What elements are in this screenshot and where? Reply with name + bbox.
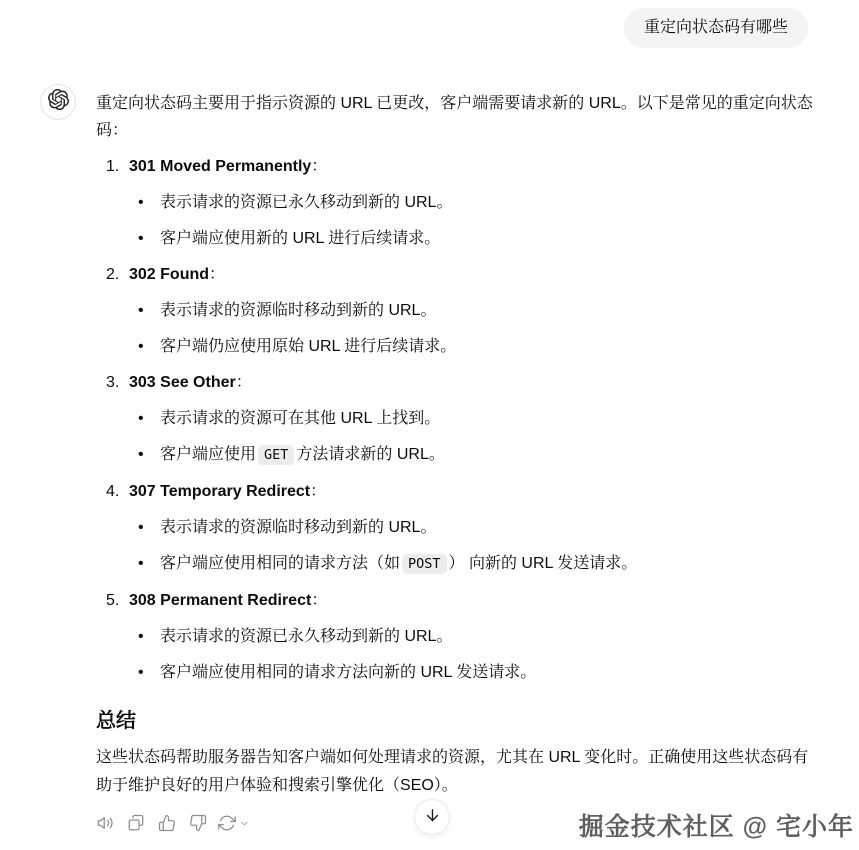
item-title: 307 Temporary Redirect <box>129 483 310 500</box>
assistant-avatar <box>40 84 76 120</box>
bullet-item: 表示请求的资源可在其他 URL 上找到。 <box>96 405 820 432</box>
item-number: 2. <box>106 261 129 288</box>
item-title: 301 Moved Permanently <box>129 158 311 175</box>
summary-heading: 总结 <box>96 707 820 735</box>
thumbs-up-icon <box>158 814 176 835</box>
bullet-item: 客户端应使用GET方法请求新的 URL。 <box>96 441 820 469</box>
read-aloud-icon <box>96 814 114 835</box>
item-title: 302 Found <box>129 266 209 283</box>
item-colon: ： <box>236 374 252 391</box>
bullet-item: 表示请求的资源已永久移动到新的 URL。 <box>96 623 820 650</box>
inline-code-post: POST <box>402 554 447 574</box>
copy-button[interactable] <box>123 811 149 837</box>
item-title: 308 Permanent Redirect <box>129 592 311 609</box>
watermark: 掘金技术社区 @ 宅小年 <box>579 807 854 843</box>
list-item: 3. 303 See Other： 表示请求的资源可在其他 URL 上找到。 客… <box>96 369 820 469</box>
copy-icon <box>127 814 145 835</box>
assistant-message-row: 重定向状态码主要用于指示资源的 URL 已更改，客户端需要请求新的 URL。以下… <box>0 84 859 837</box>
thumbs-down-button[interactable] <box>185 811 211 837</box>
arrow-down-icon <box>424 807 441 827</box>
bullet-item: 客户端应使用相同的请求方法（如POST） 向新的 URL 发送请求。 <box>96 550 820 578</box>
inline-code-get: GET <box>258 445 294 465</box>
thumbs-down-icon <box>189 814 207 835</box>
read-aloud-button[interactable] <box>92 811 118 837</box>
bullet-item: 表示请求的资源临时移动到新的 URL。 <box>96 514 820 541</box>
list-item: 4. 307 Temporary Redirect： 表示请求的资源临时移动到新… <box>96 478 820 578</box>
regenerate-icon <box>218 814 236 835</box>
regenerate-button[interactable] <box>216 811 252 837</box>
list-item: 1. 301 Moved Permanently： 表示请求的资源已永久移动到新… <box>96 153 820 252</box>
chevron-down-icon <box>236 817 250 832</box>
bullet-item: 表示请求的资源已永久移动到新的 URL。 <box>96 189 820 216</box>
summary-paragraph: 这些状态码帮助服务器告知客户端如何处理请求的资源，尤其在 URL 变化时。正确使… <box>96 744 820 800</box>
user-message-bubble: 重定向状态码有哪些 <box>624 8 808 48</box>
status-code-list: 1. 301 Moved Permanently： 表示请求的资源已永久移动到新… <box>96 153 820 686</box>
thumbs-up-button[interactable] <box>154 811 180 837</box>
item-number: 5. <box>106 587 129 614</box>
item-colon: ： <box>311 592 327 609</box>
list-item: 5. 308 Permanent Redirect： 表示请求的资源已永久移动到… <box>96 587 820 686</box>
list-item: 2. 302 Found： 表示请求的资源临时移动到新的 URL。 客户端仍应使… <box>96 261 820 360</box>
bullet-item: 客户端应使用新的 URL 进行后续请求。 <box>96 225 820 252</box>
bullet-item: 表示请求的资源临时移动到新的 URL。 <box>96 297 820 324</box>
item-colon: ： <box>310 483 326 500</box>
user-message-text: 重定向状态码有哪些 <box>644 19 788 36</box>
bullet-item: 客户端应使用相同的请求方法向新的 URL 发送请求。 <box>96 659 820 686</box>
openai-logo-icon <box>48 89 69 115</box>
intro-paragraph: 重定向状态码主要用于指示资源的 URL 已更改，客户端需要请求新的 URL。以下… <box>96 90 820 144</box>
item-number: 1. <box>106 153 129 180</box>
item-number: 3. <box>106 369 129 396</box>
item-colon: ： <box>311 158 327 175</box>
assistant-message-content: 重定向状态码主要用于指示资源的 URL 已更改，客户端需要请求新的 URL。以下… <box>96 84 820 837</box>
item-number: 4. <box>106 478 129 505</box>
scroll-to-bottom-button[interactable] <box>414 799 450 835</box>
item-title: 303 See Other <box>129 374 236 391</box>
item-colon: ： <box>209 266 225 283</box>
bullet-item: 客户端仍应使用原始 URL 进行后续请求。 <box>96 333 820 360</box>
user-message-row: 重定向状态码有哪些 <box>0 0 859 48</box>
